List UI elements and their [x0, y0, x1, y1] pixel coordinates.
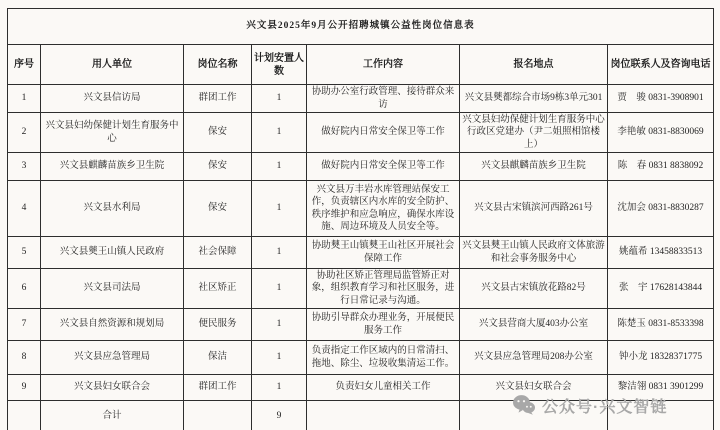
- cell-location: 兴文县僰都综合市场9栋3单元301: [460, 85, 608, 113]
- cell-duties: 做好院内日常安全保卫等工作: [307, 113, 460, 153]
- cell-employer: 兴文县僰王山镇人民政府: [41, 237, 184, 269]
- table-row: 5 兴文县僰王山镇人民政府 社会保障 1 协助僰王山镇僰王山社区开展社会保障工作…: [8, 237, 714, 269]
- cell-contact: 黎洁翎 0831 3901299: [608, 375, 714, 401]
- title-row: 兴文县2025年9月公开招聘城镇公益性岗位信息表: [8, 9, 714, 45]
- job-info-table: 兴文县2025年9月公开招聘城镇公益性岗位信息表 序号 用人单位 岗位名称 计划…: [7, 8, 714, 430]
- cell-contact: 李艳敏 0831-8830069: [608, 113, 714, 153]
- table-row: 4 兴文县水利局 保安 1 兴文县万丰岩水库管理站保安工作，负责辖区内水库的安全…: [8, 181, 714, 237]
- cell-duties: 协助社区矫正管理局监管矫正对象，组织教育学习和社区服务，进行日常记录与沟通。: [307, 269, 460, 309]
- document-sheet: 兴文县2025年9月公开招聘城镇公益性岗位信息表 序号 用人单位 岗位名称 计划…: [0, 0, 720, 430]
- col-header-location: 报名地点: [460, 45, 608, 85]
- cell-contact: 张 宇 17628143844: [608, 269, 714, 309]
- cell-duties: 协助僰王山镇僰王山社区开展社会保障工作: [307, 237, 460, 269]
- cell-empty: [184, 401, 252, 430]
- cell-count: 1: [252, 269, 307, 309]
- cell-empty: [460, 401, 608, 430]
- table-row: 2 兴文县妇幼保健计划生育服务中心 保安 1 做好院内日常安全保卫等工作 兴文县…: [8, 113, 714, 153]
- cell-no: 5: [8, 237, 41, 269]
- cell-no: 8: [8, 341, 41, 375]
- page-title: 兴文县2025年9月公开招聘城镇公益性岗位信息表: [8, 9, 714, 45]
- col-header-contact: 岗位联系人及咨询电话: [608, 45, 714, 85]
- cell-duties: 做好院内日常安全保卫等工作: [307, 153, 460, 181]
- cell-duties: 负责妇女儿童相关工作: [307, 375, 460, 401]
- col-header-duties: 工作内容: [307, 45, 460, 85]
- cell-location: 兴文县营商大厦403办公室: [460, 309, 608, 341]
- total-row: 合计 9: [8, 401, 714, 430]
- table-row: 8 兴文县应急管理局 保洁 1 负责指定工作区域内的日常清扫、拖地、除尘、垃圾收…: [8, 341, 714, 375]
- total-label: 合计: [41, 401, 184, 430]
- cell-count: 1: [252, 153, 307, 181]
- col-header-employer: 用人单位: [41, 45, 184, 85]
- cell-position: 社会保障: [184, 237, 252, 269]
- header-row: 序号 用人单位 岗位名称 计划安置人数 工作内容 报名地点 岗位联系人及咨询电话: [8, 45, 714, 85]
- cell-employer: 兴文县麒麟苗族乡卫生院: [41, 153, 184, 181]
- cell-employer: 兴文县自然资源和规划局: [41, 309, 184, 341]
- table-row: 7 兴文县自然资源和规划局 便民服务 1 协助引导群众办理业务，开展便民服务工作…: [8, 309, 714, 341]
- cell-contact: 陈 春 0831 8838092: [608, 153, 714, 181]
- cell-position: 保安: [184, 181, 252, 237]
- cell-duties: 兴文县万丰岩水库管理站保安工作，负责辖区内水库的安全防护、秩序维护和应急响应，确…: [307, 181, 460, 237]
- cell-position: 保洁: [184, 341, 252, 375]
- cell-count: 1: [252, 85, 307, 113]
- cell-position: 群团工作: [184, 375, 252, 401]
- table-row: 1 兴文县信访局 群团工作 1 协助办公室行政管理、接待群众来访 兴文县僰都综合…: [8, 85, 714, 113]
- cell-employer: 兴文县水利局: [41, 181, 184, 237]
- cell-employer: 兴文县信访局: [41, 85, 184, 113]
- cell-count: 1: [252, 309, 307, 341]
- cell-no: 6: [8, 269, 41, 309]
- cell-location: 兴文县应急管理局208办公室: [460, 341, 608, 375]
- total-count: 9: [252, 401, 307, 430]
- cell-location: 兴文县古宋镇放花路82号: [460, 269, 608, 309]
- cell-location: 兴文县僰王山镇人民政府文体旅游和社会事务服务中心: [460, 237, 608, 269]
- cell-no: 7: [8, 309, 41, 341]
- cell-employer: 兴文县妇女联合会: [41, 375, 184, 401]
- col-header-position: 岗位名称: [184, 45, 252, 85]
- cell-count: 1: [252, 237, 307, 269]
- cell-position: 群团工作: [184, 85, 252, 113]
- cell-no: 3: [8, 153, 41, 181]
- cell-employer: 兴文县应急管理局: [41, 341, 184, 375]
- cell-contact: 陈楚玉 0831-8533398: [608, 309, 714, 341]
- cell-empty: [307, 401, 460, 430]
- cell-no: 1: [8, 85, 41, 113]
- cell-location: 兴文县妇女联合会: [460, 375, 608, 401]
- cell-no: 9: [8, 375, 41, 401]
- cell-duties: 协助办公室行政管理、接待群众来访: [307, 85, 460, 113]
- cell-duties: 负责指定工作区域内的日常清扫、拖地、除尘、垃圾收集清运工作。: [307, 341, 460, 375]
- col-header-count: 计划安置人数: [252, 45, 307, 85]
- table-row: 6 兴文县司法局 社区矫正 1 协助社区矫正管理局监管矫正对象，组织教育学习和社…: [8, 269, 714, 309]
- cell-count: 1: [252, 341, 307, 375]
- cell-position: 社区矫正: [184, 269, 252, 309]
- cell-position: 保安: [184, 153, 252, 181]
- cell-contact: 贾 骏 0831-3908901: [608, 85, 714, 113]
- col-header-no: 序号: [8, 45, 41, 85]
- cell-no: 2: [8, 113, 41, 153]
- cell-empty: [8, 401, 41, 430]
- cell-employer: 兴文县司法局: [41, 269, 184, 309]
- table-row: 9 兴文县妇女联合会 群团工作 1 负责妇女儿童相关工作 兴文县妇女联合会 黎洁…: [8, 375, 714, 401]
- cell-count: 1: [252, 113, 307, 153]
- cell-position: 便民服务: [184, 309, 252, 341]
- cell-duties: 协助引导群众办理业务，开展便民服务工作: [307, 309, 460, 341]
- cell-count: 1: [252, 375, 307, 401]
- table-row: 3 兴文县麒麟苗族乡卫生院 保安 1 做好院内日常安全保卫等工作 兴文县麒麟苗族…: [8, 153, 714, 181]
- cell-contact: 钟小龙 18328371775: [608, 341, 714, 375]
- cell-no: 4: [8, 181, 41, 237]
- cell-location: 兴文县妇幼保健计划生育服务中心行政区党建办（尹二姐照相馆楼上）: [460, 113, 608, 153]
- cell-empty: [608, 401, 714, 430]
- cell-location: 兴文县麒麟苗族乡卫生院: [460, 153, 608, 181]
- cell-location: 兴文县古宋镇滨河西路261号: [460, 181, 608, 237]
- cell-count: 1: [252, 181, 307, 237]
- cell-contact: 姚蕴希 13458833513: [608, 237, 714, 269]
- cell-employer: 兴文县妇幼保健计划生育服务中心: [41, 113, 184, 153]
- cell-position: 保安: [184, 113, 252, 153]
- cell-contact: 沈加会 0831-8830287: [608, 181, 714, 237]
